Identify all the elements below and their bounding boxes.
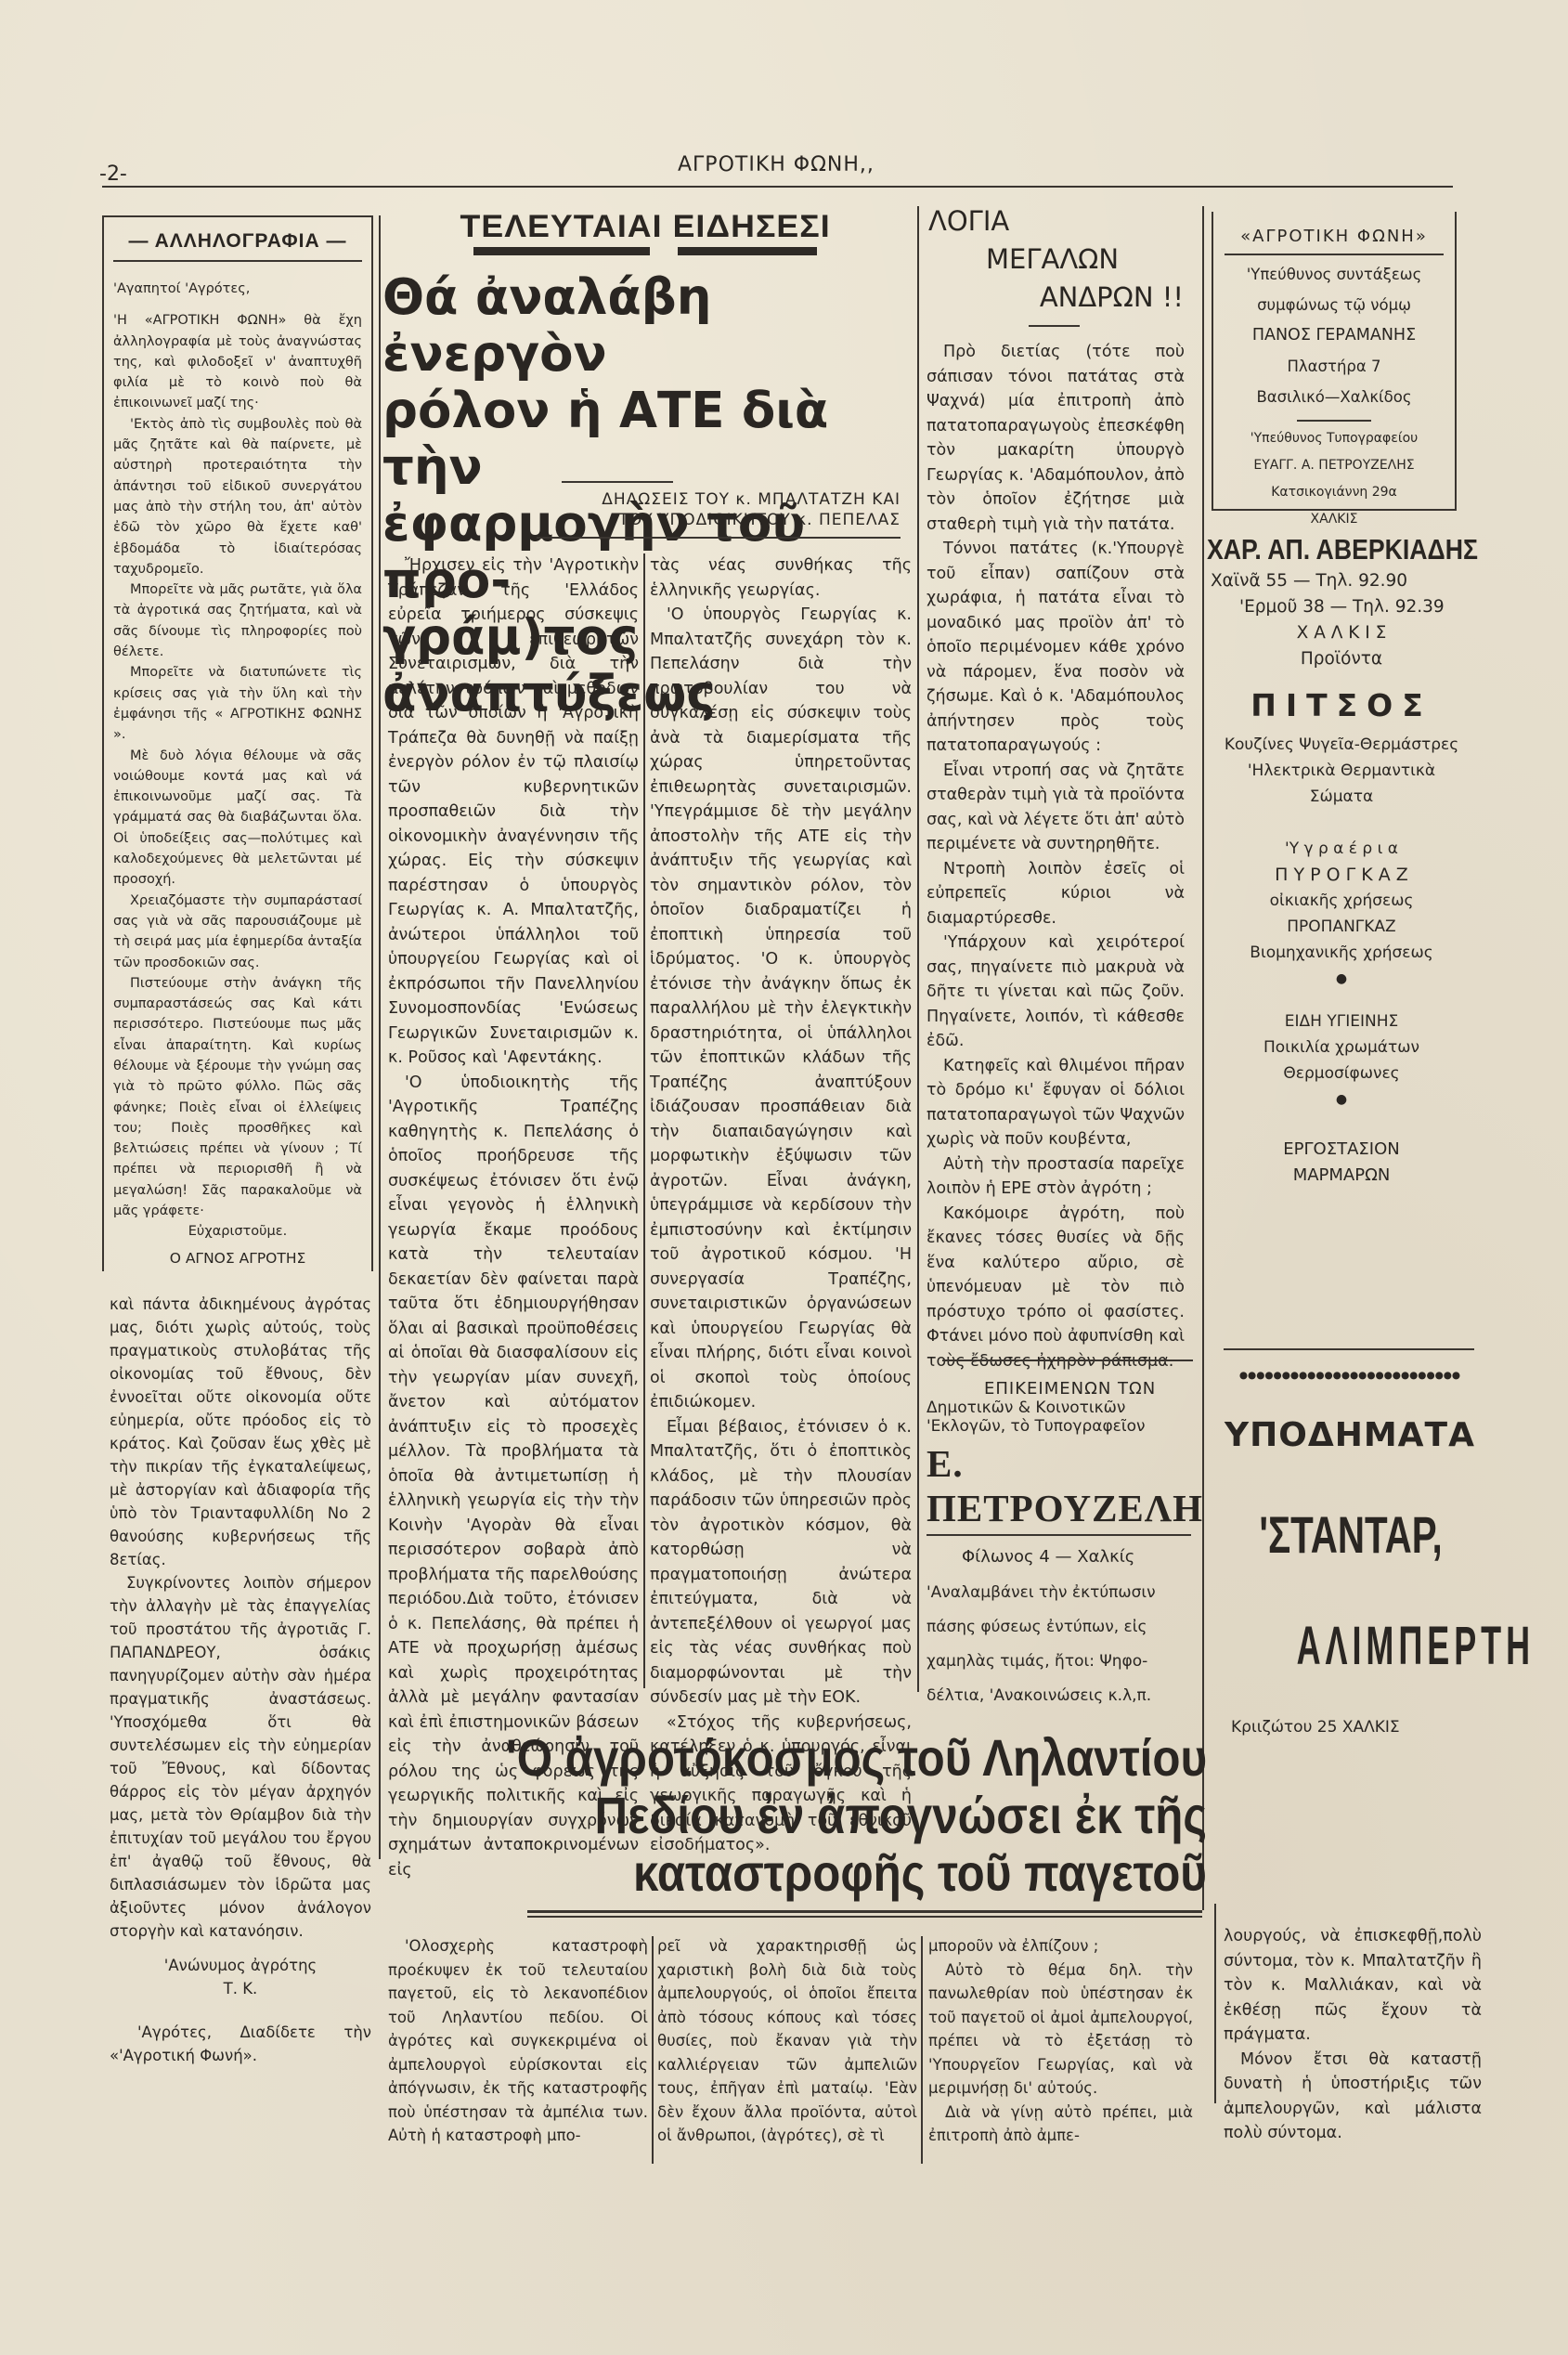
paragraph: τὰς νέας συνθήκας τῆς ἑλληνικῆς γεωργίας…: [650, 553, 912, 603]
products-label: Προϊόντα: [1207, 646, 1476, 672]
subheadline-line: ΤΟΥ ΥΠΟΔΙΟΙΚΗΤΟΥ κ. ΠΕΠΕΛΑΣ: [529, 510, 901, 530]
paragraph: 'Ο ὑπουργὸς Γεωργίας κ. Μπαλτατζῆς συνεχ…: [650, 603, 912, 1415]
editor-town: Βασιλικό—Χαλκίδος: [1213, 382, 1455, 412]
title-rule: [113, 260, 362, 262]
paragraph: μποροῦν νὰ ἐλπίζουν ;: [928, 1934, 1193, 1958]
ad-line: Δημοτικῶν & Κοινοτικῶν: [927, 1399, 1191, 1417]
paragraph: Εἶμαι βέβαιος, ἐτόνισεν ὁ κ. Μπαλτατζῆς,…: [650, 1415, 912, 1711]
column-rule: [643, 553, 645, 1688]
paragraph: καὶ πάντα ἀδικημένους ἀγρότας μας, διότι…: [110, 1293, 371, 1571]
paragraph: 'Η «ΑΓΡΟΤΙΚΗ ΦΩΝΗ» θὰ ἔχη ἀλληλογραφία μ…: [113, 310, 362, 413]
ad-line: ΠΡΟΠΑΝΓΚΑΖ: [1207, 914, 1476, 940]
shoes-heading: ΥΠΟΔΗΜΑΤΑ: [1224, 1416, 1476, 1454]
frost-col2: ρεῖ νὰ χαρακτηρισθῇ ὡς χαριστικὴ βολὴ δι…: [657, 1934, 917, 2148]
header-rule: [102, 186, 1453, 188]
ad-line: Σώματα: [1207, 784, 1476, 810]
paragraph: Αὐτὸ τὸ θέμα δηλ. τὴν πανωλεθρίαν ποὺ ὑπ…: [928, 1958, 1193, 2101]
signature: 'Ανώνυμος ἀγρότης: [110, 1954, 371, 1977]
signature: Ο ΑΓΝΟΣ ΑΓΡΟΤΗΣ: [113, 1248, 362, 1269]
title-line: ΜΕΓΑΛΩΝ: [928, 241, 1184, 279]
ad-line: Βιομηχανικῆς χρήσεως: [1207, 940, 1476, 966]
frost-col3: μποροῦν νὰ ἐλπίζουν ; Αὐτὸ τὸ θέμα δηλ. …: [928, 1934, 1193, 2148]
masthead-title: «ΑΓΡΟΤΙΚΗ ΦΩΝΗ»: [1213, 221, 1455, 252]
paragraph: Κατηφεῖς καὶ θλιμένοι πῆραν τὸ δρόμο κι'…: [927, 1054, 1185, 1152]
frost-col4: λουργούς, νὰ ἐπισκεφθῇ,πολὺ σύντομα, τὸν…: [1224, 1924, 1482, 2146]
title-line: ΛΟΓΙΑ: [928, 202, 1184, 241]
address-line: Χαϊνᾶ 55 — Τηλ. 92.90: [1207, 568, 1476, 594]
column-rule: [921, 1936, 923, 2164]
headline-double-rule: [527, 1916, 1202, 1918]
paragraph: λουργούς, νὰ ἐπισκεφθῇ,πολὺ σύντομα, τὸν…: [1224, 1924, 1482, 2048]
printer-name: ΕΥΑΓΓ. Α. ΠΕΤΡΟΥΖΕΛΗΣ: [1213, 452, 1455, 479]
title-line: ΑΝΔΡΩΝ !!: [928, 279, 1184, 317]
ad-line: 'Ηλεκτρικὰ Θερμαντικὰ: [1207, 758, 1476, 784]
greeting: 'Αγαπητοί 'Αγρότες,: [113, 279, 362, 299]
ad-line: οἰκιακῆς χρήσεως: [1207, 888, 1476, 914]
paragraph: Μὲ δυὸ λόγια θέλουμε νὰ σᾶς νοιώθουμε κο…: [113, 746, 362, 891]
column-rule: [1214, 1904, 1216, 2103]
page-number: -2-: [99, 163, 127, 186]
printer-town: ΧΑΛΚΙΣ: [1213, 506, 1455, 533]
correspondence-box: — ΑΛΛΗΛΟΓΡΑΦΙΑ — 'Αγαπητοί 'Αγρότες, 'Η …: [102, 215, 373, 1271]
paragraph: ρεῖ νὰ χαρακτηρισθῇ ὡς χαριστικὴ βολὴ δι…: [657, 1934, 917, 2148]
great-men-title: ΛΟΓΙΑ ΜΕΓΑΛΩΝ ΑΝΔΡΩΝ !!: [928, 202, 1184, 317]
ad-line: δέλτια, 'Ανακοινώσεις κ.λ,π.: [927, 1679, 1191, 1713]
averkiadis-ad: ΧΑΡ. ΑΠ. ΑΒΕΡΚΙΑΔΗΣ Χαϊνᾶ 55 — Τηλ. 92.9…: [1207, 531, 1476, 1189]
ad-line: 'Εκλογῶν, τὸ Τυπογραφεῖον: [927, 1417, 1191, 1436]
editor-label: συμφώνως τῷ νόμῳ: [1213, 290, 1455, 320]
appeal-text: 'Αγρότες, Διαδίδετε τὴν «'Αγροτική Φωνή»…: [110, 2021, 371, 2067]
ad-line: ΜΑΡΜΑΡΩΝ: [1207, 1163, 1476, 1189]
paragraph: 'Ολοσχερὴς καταστροφὴ προέκυψεν ἐκ τοῦ τ…: [388, 1934, 648, 2148]
dots-divider: ●●●●●●●●●●●●●●●●●●●●●●●●●●: [1224, 1370, 1476, 1381]
ad-line: Θερμοσίφωνες: [1207, 1060, 1476, 1086]
paragraph: Κακόμοιρε ἀγρότη, ποὺ ἔκανες τόσες θυσίε…: [927, 1202, 1185, 1374]
paragraph: Διὰ νὰ γίνῃ αὐτὸ πρέπει, μιὰ ἐπιτροπὴ ἀπ…: [928, 2101, 1193, 2148]
ad-line: 'Υ γ ρ α έ ρ ι α: [1207, 836, 1476, 862]
headline-double-rule: [527, 1910, 1202, 1913]
printer-ad: ΕΠΙΚΕΙΜΕΝΩΝ ΤΩΝ Δημοτικῶν & Κοινοτικῶν '…: [927, 1379, 1191, 1713]
headline-line: 'Ο ἀγροτόκοσμος τοῦ Ληλαντίου: [506, 1729, 1207, 1787]
bullet-icon: ●: [1207, 1086, 1476, 1112]
paragraph: Συγκρίνοντες λοιπὸν σήμερον τὴν ἀλλαγὴν …: [110, 1571, 371, 1943]
paragraph: 'Εκτὸς ἀπὸ τὶς συμβουλὲς ποὺ θὰ μᾶς ζητᾶ…: [113, 414, 362, 579]
headline-line: Πεδίου ἐν ἀπογνώσει ἐκ τῆς: [484, 1787, 1207, 1844]
initials: Τ. Κ.: [110, 1977, 371, 2000]
ad-line: χαμηλὰς τιμάς, ἤτοι: Ψηφο-: [927, 1645, 1191, 1679]
headline-rule: [562, 481, 673, 483]
paragraph: Μπορεῖτε νὰ μᾶς ρωτᾶτε, γιὰ ὅλα τὰ ἀγροτ…: [113, 579, 362, 662]
address-line: 'Ερμοῦ 38 — Τηλ. 92.39: [1207, 594, 1476, 620]
latest-news-subheadline: ΔΗΛΩΣΕΙΣ ΤΟΥ κ. ΜΠΑΛΤΑΤΖΗ ΚΑΙ ΤΟΥ ΥΠΟΔΙΟ…: [529, 489, 901, 530]
editor-street: Πλαστήρα 7: [1213, 351, 1455, 382]
paragraph: Εὐχαριστοῦμε.: [113, 1221, 362, 1242]
column-rule: [652, 1936, 654, 2164]
correspondence-title: — ΑΛΛΗΛΟΓΡΑΦΙΑ —: [113, 230, 362, 253]
ad-line: Ποικιλία χρωμάτων: [1207, 1034, 1476, 1060]
paragraph: Ντροπὴ λοιπὸν ἐσεῖς οἱ εὐπρεπεῖς κύριοι …: [927, 857, 1185, 931]
latest-news-kicker: ΤΕΛΕΥΤΑΙΑΙ ΕΙΔΗΣΕΣΙ: [427, 209, 863, 255]
ad-line: 'Αναλαμβάνει τὴν ἐκτύπωσιν: [927, 1576, 1191, 1610]
printer-name: Ε. ΠΕΤΡΟΥΖΕΛΗ: [927, 1441, 1191, 1530]
ad-line: Κουζίνες Ψυγεῖα-Θερμάστρες: [1207, 732, 1476, 758]
paragraph: Τόννοι πατάτες (κ.'Υπουργὲ τοῦ εἶπαν) σα…: [927, 537, 1185, 759]
headline-line: ρόλον ἡ ΑΤΕ διὰ τὴν: [382, 383, 916, 496]
bullet-icon: ●: [1207, 966, 1476, 992]
section-rule: [1224, 1348, 1474, 1350]
great-men-body: Πρὸ διετίας (τότε ποὺ σάπισαν τόνοι πατά…: [927, 340, 1185, 1373]
brand-pitsos: ΠΙΤΣΟΣ: [1207, 693, 1476, 719]
column-rule: [379, 215, 381, 1859]
editor-name: ΠΑΝΟΣ ΓΕΡΑΜΑΝΗΣ: [1213, 320, 1455, 351]
headline-line: καταστροφῆς τοῦ παγετοῦ: [484, 1844, 1207, 1902]
headline-line: Θά ἀναλάβη ἐνεργὸν: [382, 269, 916, 383]
printer-label: 'Υπεύθυνος Τυπογραφείου: [1213, 425, 1455, 452]
editor-label: 'Υπεύθυνος συντάξεως: [1213, 259, 1455, 290]
paragraph: Χρειαζόμαστε τὴν συμπαράστασί σας γιὰ νὰ…: [113, 891, 362, 973]
newspaper-title: ΑΓΡΟΤΙΚΗ ΦΩΝΗ,,: [678, 153, 875, 176]
subheadline-line: ΔΗΛΩΣΕΙΣ ΤΟΥ κ. ΜΠΑΛΤΑΤΖΗ ΚΑΙ: [529, 489, 901, 510]
latest-news-col1: Ἤρχισεν εἰς τὴν 'Αγροτικὴν Τράπεζαν τῆς …: [388, 553, 639, 1882]
shoes-address: Κριιζώτου 25 ΧΑΛΚΙΣ: [1224, 1718, 1476, 1737]
title-rule: [1029, 325, 1080, 327]
correspondence-body: 'Αγαπητοί 'Αγρότες, 'Η «ΑΓΡΟΤΙΚΗ ΦΩΝΗ» θ…: [113, 279, 362, 1269]
ad-line: ΕΙΔΗ ΥΓΙΕΙΝΗΣ: [1207, 1008, 1476, 1034]
ad-line: πάσης φύσεως ἐντύπων, εἰς: [927, 1610, 1191, 1645]
ad-line: ΕΡΓΟΣΤΑΣΙΟΝ: [1207, 1137, 1476, 1163]
paragraph: Ἤρχισεν εἰς τὴν 'Αγροτικὴν Τράπεζαν τῆς …: [388, 553, 639, 1071]
ad-line: Π Υ Ρ Ο Γ Κ Α Ζ: [1207, 862, 1476, 888]
frost-headline: 'Ο ἀγροτόκοσμος τοῦ Ληλαντίου Πεδίου ἐν …: [385, 1729, 1207, 1902]
paragraph: Αὐτὴ τὴν προστασία παρεῖχε λοιπὸν ἡ ΕΡΕ …: [927, 1152, 1185, 1202]
paragraph: Εἶναι ντροπή σας νὰ ζητᾶτε σταθερὰν τιμὴ…: [927, 759, 1185, 857]
shoes-brand: 'ΣΤΑΝΤΑΡ,: [1259, 1504, 1442, 1565]
shoes-ad: ●●●●●●●●●●●●●●●●●●●●●●●●●● ΥΠΟΔΗΜΑΤΑ 'ΣΤ…: [1224, 1370, 1476, 1737]
ad-line: ΕΠΙΚΕΙΜΕΝΩΝ ΤΩΝ: [927, 1379, 1191, 1399]
merchant-name: ΧΑΡ. ΑΠ. ΑΒΕΡΚΙΑΔΗΣ: [1207, 531, 1478, 568]
paragraph: Μόνον ἔτσι θὰ καταστῇ δυνατὴ ἡ ὑποστήριξ…: [1224, 2048, 1482, 2146]
paragraph: Πρὸ διετίας (τότε ποὺ σάπισαν τόνοι πατά…: [927, 340, 1185, 537]
subheadline-rule: [537, 537, 901, 539]
masthead-box: «ΑΓΡΟΤΙΚΗ ΦΩΝΗ» 'Υπεύθυνος συντάξεως συμ…: [1212, 212, 1457, 511]
shoes-merchant: ΑΛΙΜΠΕΡΤΗ: [1297, 1615, 1535, 1677]
paragraph: Πιστεύουμε στὴν ἀνάγκη τῆς συμπαραστάσεώ…: [113, 973, 362, 1222]
column-rule: [917, 206, 919, 1692]
printer-address: Φίλωνος 4 — Χαλκίς: [927, 1547, 1191, 1567]
paragraph: 'Υπάρχουν καὶ χειρότεροί σας, πηγαίνετε …: [927, 930, 1185, 1054]
column-rule: [1202, 206, 1204, 1910]
section-rule: [942, 1360, 1193, 1361]
frost-col1: 'Ολοσχερὴς καταστροφὴ προέκυψεν ἐκ τοῦ τ…: [388, 1934, 648, 2148]
paragraph: Μπορεῖτε νὰ διατυπώνετε τὶς κρίσεις σας …: [113, 662, 362, 745]
farmer-letter: καὶ πάντα ἀδικημένους ἀγρότας μας, διότι…: [110, 1293, 371, 2067]
printer-street: Κατσικογιάννη 29α: [1213, 479, 1455, 506]
city: Χ Α Λ Κ Ι Σ: [1207, 620, 1476, 646]
latest-news-col2: τὰς νέας συνθήκας τῆς ἑλληνικῆς γεωργίας…: [650, 553, 912, 1858]
